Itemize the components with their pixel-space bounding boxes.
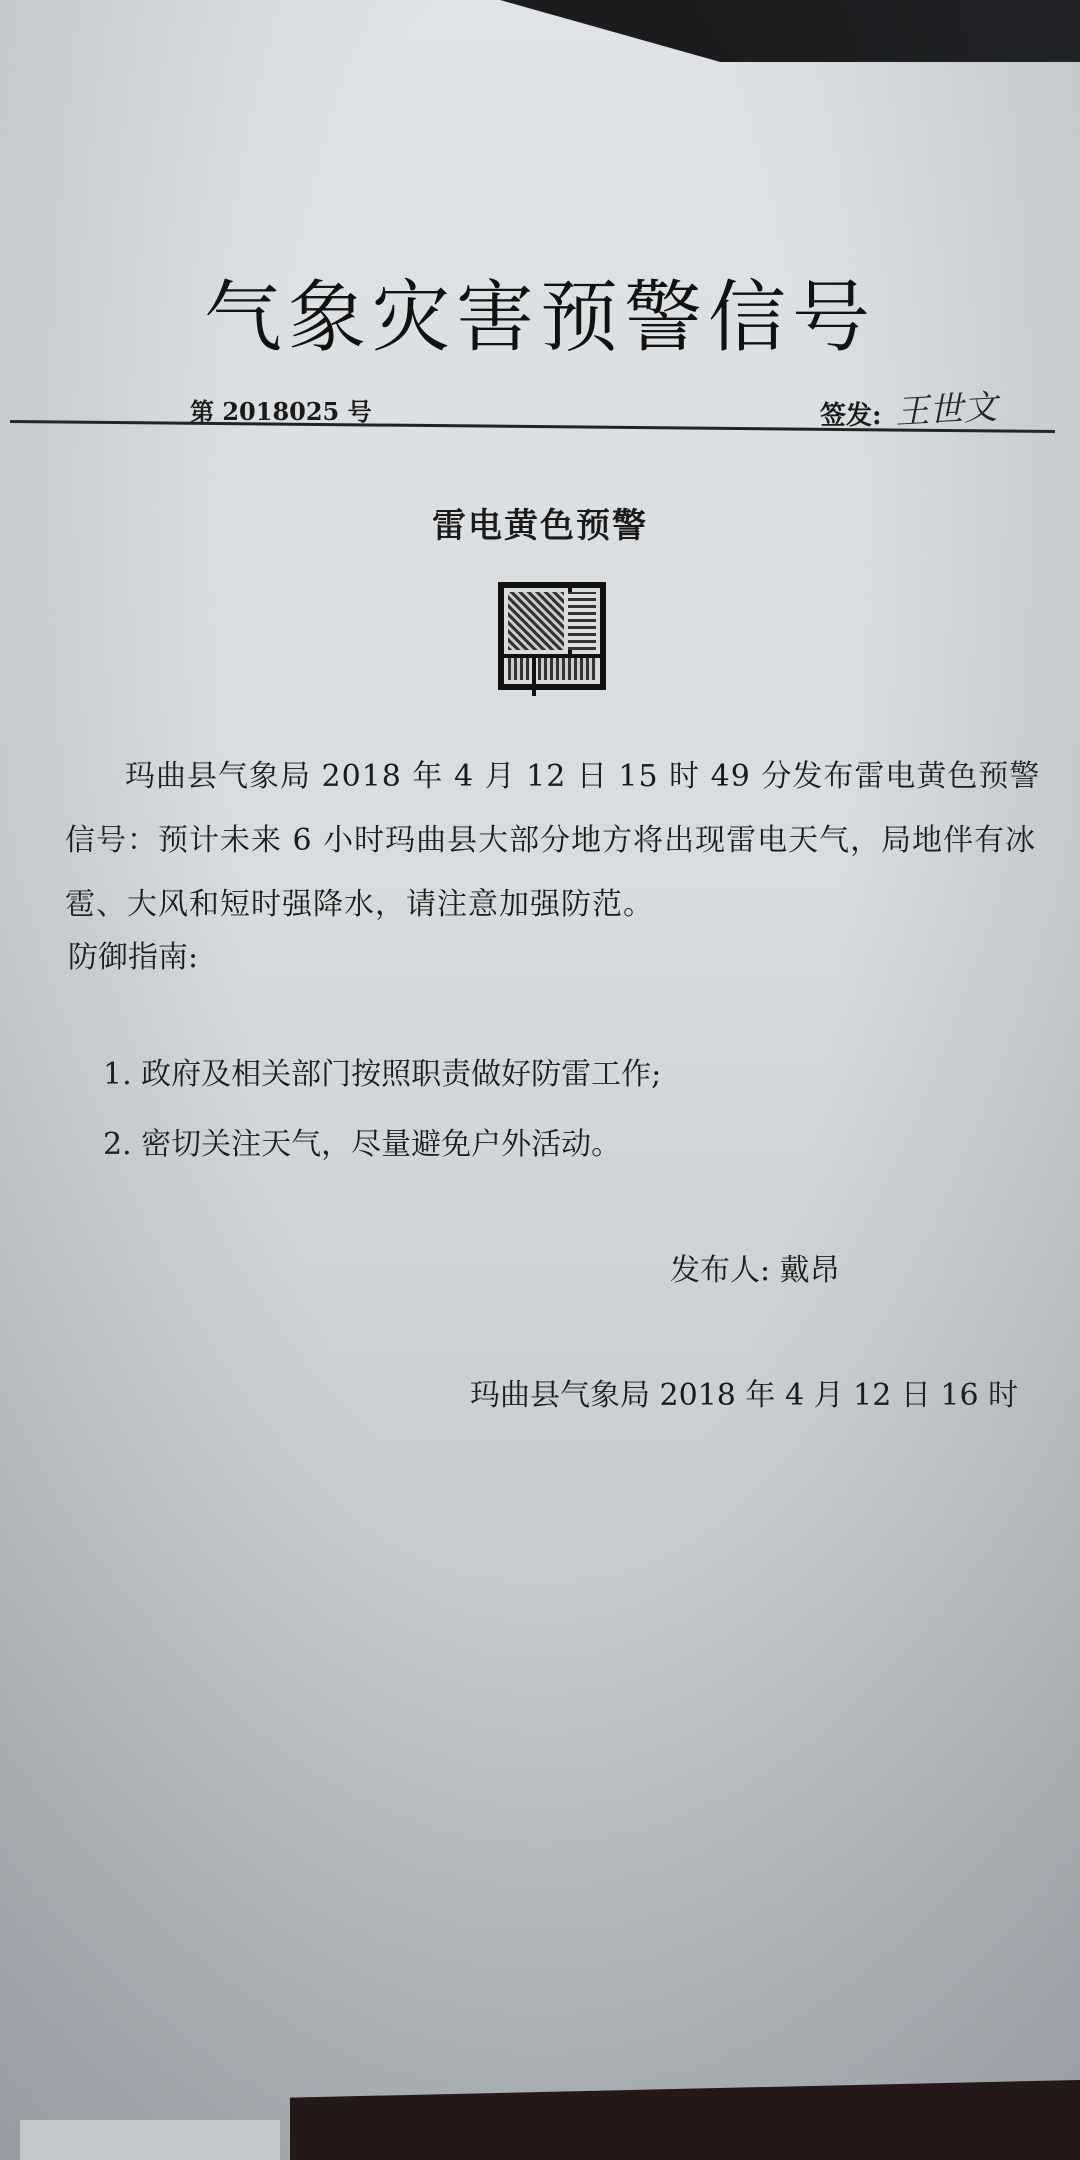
guide-item: 1. 政府及相关部门按照职责做好防雷工作; — [103, 1040, 661, 1110]
publisher: 发布人: 戴昂 — [670, 1245, 840, 1289]
defense-guide-label: 防御指南: — [68, 932, 198, 976]
thunder-yellow-warning-icon — [498, 582, 606, 690]
icon-segment — [508, 592, 564, 650]
guide-item: 2. 密切关注天气，尽量避免户外活动。 — [103, 1110, 661, 1180]
icon-divider — [532, 656, 536, 696]
icon-segment — [508, 658, 530, 680]
warning-subtitle: 雷电黄色预警 — [0, 498, 1080, 547]
icon-segment — [538, 658, 596, 680]
issuing-office-date: 玛曲县气象局 2018 年 4 月 12 日 16 时 — [470, 1370, 1018, 1414]
icon-segment — [568, 592, 596, 650]
issuer-signature: 王世文 — [894, 379, 998, 433]
background-paper-edge — [20, 2120, 280, 2160]
issuer-label: 签发: — [820, 395, 882, 432]
document-title: 气象灾害预警信号 — [0, 255, 1080, 367]
warning-body-text: 玛曲县气象局 2018 年 4 月 12 日 15 时 49 分发布雷电黄色预警… — [65, 745, 1055, 937]
defense-guide-list: 1. 政府及相关部门按照职责做好防雷工作; 2. 密切关注天气，尽量避免户外活动… — [103, 1040, 661, 1180]
